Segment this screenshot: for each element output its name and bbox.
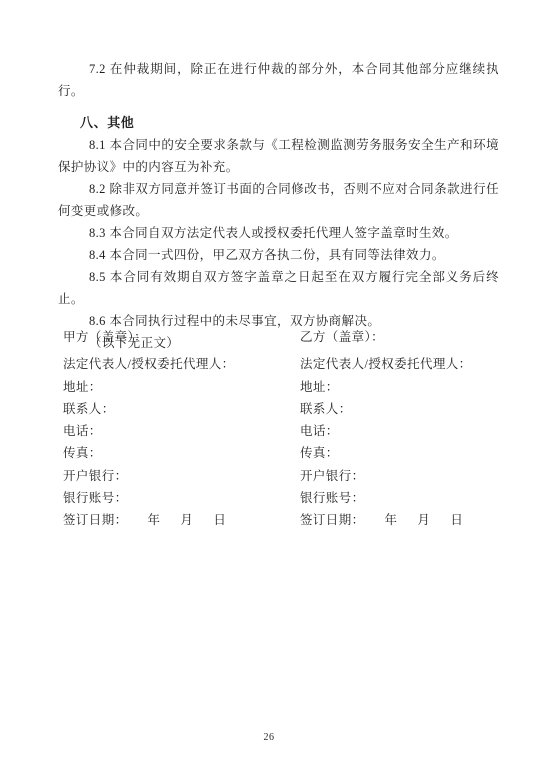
clause-number: 7.2 <box>89 62 106 76</box>
clause-number: 8.2 <box>89 182 106 196</box>
contract-body: 7.2 在仲裁期间，除正在进行仲裁的部分外，本合同其他部分应继续执行。 八、其他… <box>58 58 499 354</box>
date-unit-month: 月 <box>417 509 430 531</box>
date-unit-year: 年 <box>385 509 398 531</box>
party-b-signature-block: 乙方（盖章）： 法定代表人/授权委托代理人： 地址： 联系人： 电话： 传真： … <box>300 326 530 532</box>
field-phone: 电话： <box>300 420 530 442</box>
field-bank-account: 银行账号： <box>63 487 293 509</box>
clause-text: 本合同一式四份，甲乙双方各执二份，具有同等法律效力。 <box>109 248 444 262</box>
date-unit-year: 年 <box>148 509 161 531</box>
date-unit-day: 日 <box>213 509 226 531</box>
clause-number: 8.5 <box>89 270 106 284</box>
field-legal-representative: 法定代表人/授权委托代理人： <box>300 353 530 375</box>
field-phone: 电话： <box>63 420 293 442</box>
field-legal-representative: 法定代表人/授权委托代理人： <box>63 353 293 375</box>
page-number: 26 <box>0 732 538 743</box>
field-fax: 传真： <box>300 442 530 464</box>
clause-7-2: 7.2 在仲裁期间，除正在进行仲裁的部分外，本合同其他部分应继续执行。 <box>58 58 499 102</box>
party-b-header: 乙方（盖章）： <box>300 326 530 348</box>
party-a-signature-block: 甲方（盖章）： 法定代表人/授权委托代理人： 地址： 联系人： 电话： 传真： … <box>63 326 293 532</box>
party-a-header: 甲方（盖章）： <box>63 326 293 348</box>
date-unit-month: 月 <box>180 509 193 531</box>
sign-date-row: 签订日期：年月日 <box>300 509 530 531</box>
field-bank: 开户银行： <box>63 465 293 487</box>
clause-8-2: 8.2 除非双方同意并签订书面的合同修改书，否则不应对合同条款进行任何变更或修改… <box>58 178 499 222</box>
field-bank: 开户银行： <box>300 465 530 487</box>
field-contact-person: 联系人： <box>300 398 530 420</box>
field-address: 地址： <box>63 376 293 398</box>
clause-8-4: 8.4 本合同一式四份，甲乙双方各执二份，具有同等法律效力。 <box>58 244 499 266</box>
clause-text: 本合同中的安全要求条款与《工程检测监测劳务服务安全生产和环境保护协议》中的内容互… <box>58 138 499 174</box>
clause-text: 本合同自双方法定代表人或授权委托代理人签字盖章时生效。 <box>109 226 457 240</box>
clause-text: 除非双方同意并签订书面的合同修改书，否则不应对合同条款进行任何变更或修改。 <box>58 182 499 218</box>
clause-8-1: 8.1 本合同中的安全要求条款与《工程检测监测劳务服务安全生产和环境保护协议》中… <box>58 134 499 178</box>
field-contact-person: 联系人： <box>63 398 293 420</box>
sign-date-label: 签订日期： <box>300 513 365 527</box>
field-fax: 传真： <box>63 442 293 464</box>
clause-text: 本合同有效期自双方签字盖章之日起至在双方履行完全部义务后终止。 <box>58 270 499 306</box>
clause-number: 8.1 <box>89 138 106 152</box>
clause-8-5: 8.5 本合同有效期自双方签字盖章之日起至在双方履行完全部义务后终止。 <box>58 266 499 310</box>
field-bank-account: 银行账号： <box>300 487 530 509</box>
contract-page: 7.2 在仲裁期间，除正在进行仲裁的部分外，本合同其他部分应继续执行。 八、其他… <box>0 0 554 783</box>
clause-8-3: 8.3 本合同自双方法定代表人或授权委托代理人签字盖章时生效。 <box>58 222 499 244</box>
date-unit-day: 日 <box>450 509 463 531</box>
clause-number: 8.3 <box>89 226 106 240</box>
field-address: 地址： <box>300 376 530 398</box>
clause-text: 在仲裁期间，除正在进行仲裁的部分外，本合同其他部分应继续执行。 <box>58 62 499 98</box>
sign-date-row: 签订日期：年月日 <box>63 509 293 531</box>
clause-number: 8.4 <box>89 248 106 262</box>
sign-date-label: 签订日期： <box>63 513 128 527</box>
section-heading-other: 八、其他 <box>80 112 499 134</box>
